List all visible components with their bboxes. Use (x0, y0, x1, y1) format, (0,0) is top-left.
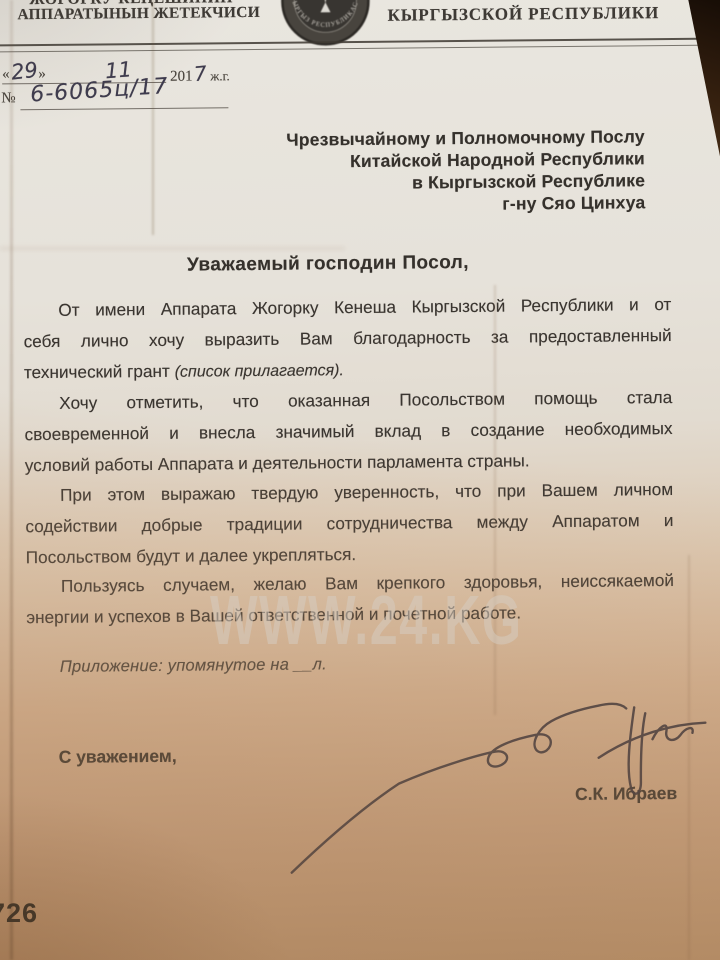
fold-crease-horizontal (0, 247, 345, 250)
fold-crease-top (152, 0, 154, 235)
photographed-letter: ЖОГОРКУ КЕҢЕШИНИН АППАРАТЫНЫН ЖЕТЕКЧИСИ … (0, 0, 720, 960)
fold-crease-right (688, 555, 690, 960)
shadow-bottom-left (0, 0, 720, 960)
watermark: WWW.24.KG (210, 585, 523, 655)
fold-crease-left (10, 0, 13, 960)
page-number-note: 726 (0, 898, 38, 929)
